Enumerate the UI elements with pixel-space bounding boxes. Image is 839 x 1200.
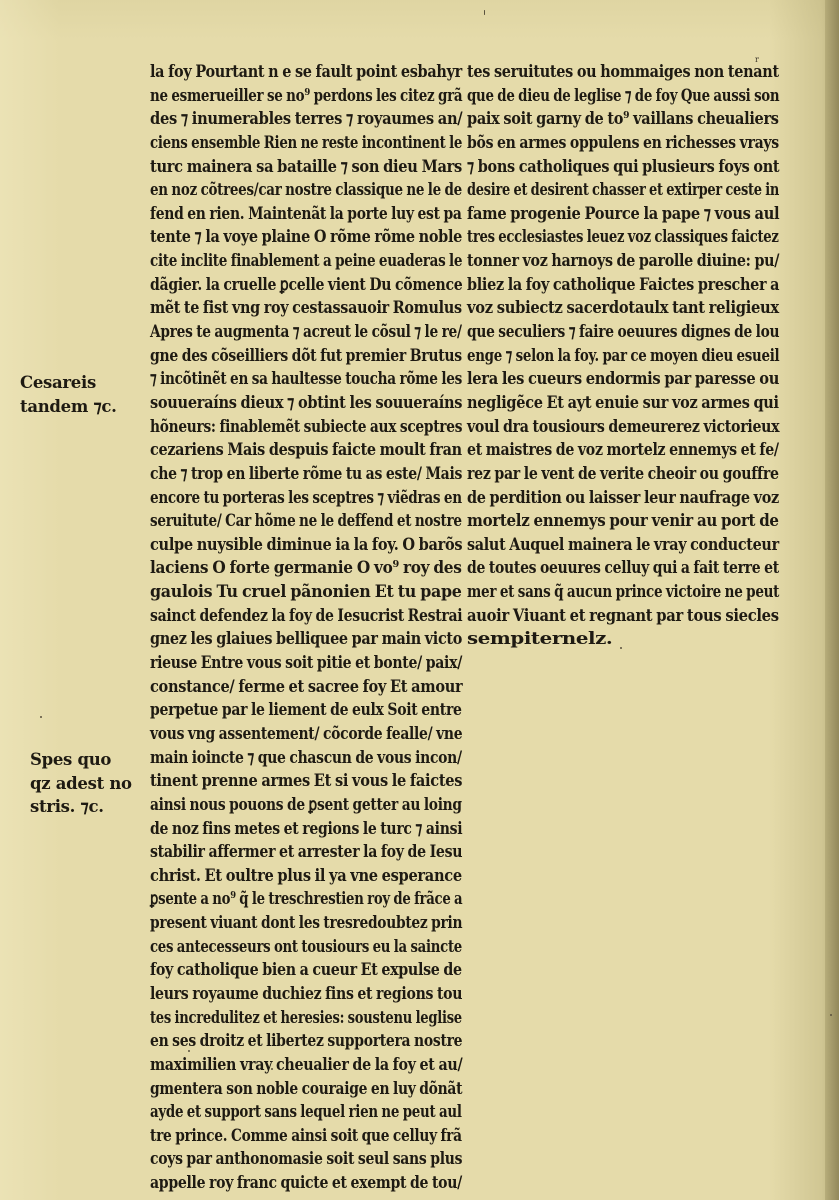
text-line: sainct defendez la foy de Iesucrist Rest…: [150, 605, 404, 629]
text-line: appelle roy franc quicte et exempt de to…: [150, 1172, 405, 1196]
text-line: gaulois Tu cruel pãnonien Et tu pape: [150, 581, 438, 605]
text-line: que seculiers ⁊ faire oeuures dignes de …: [467, 321, 717, 345]
text-line: gne des cõseilliers dõt fut premier Brut…: [150, 345, 404, 369]
text-line: maximilien vray cheualier de la foy et a…: [150, 1054, 409, 1078]
text-line: ꝑsente a no⁹ q̃ le treschrestien roy de …: [150, 888, 390, 912]
text-line: stabilir affermer et arrester la foy de …: [150, 841, 406, 865]
text-line: de noz fins metes et regions le turc ⁊ a…: [150, 818, 404, 842]
text-line: Apres te augmenta ⁊ acreut le cõsul ⁊ le…: [150, 321, 399, 345]
text-line: auoir Viuant et regnant par tous siecles: [467, 605, 734, 629]
paper-speck: [620, 647, 622, 649]
text-line: dãgier. la cruelle ꝑcelle vient Du cõmen…: [150, 274, 405, 298]
text-line: leurs royaume duchiez fins et regions to…: [150, 983, 405, 1007]
marginal-note-line: qz adest no: [30, 772, 132, 796]
text-line: tres ecclesiastes leuez voz classiques f…: [467, 226, 706, 250]
text-line: foy catholique bien a cueur Et expulse d…: [150, 959, 408, 983]
text-line: ⁊ incõtinẽt en sa haultesse toucha rõme …: [150, 368, 397, 392]
marginal-note-line: Spes quo: [30, 748, 132, 772]
right-text-column: tes seruitutes ou hommaiges non tenant q…: [467, 61, 779, 652]
text-line: cezariens Mais despuis faicte moult fran: [150, 439, 411, 463]
text-line: paix soit garny de to⁹ vaillans cheualie…: [467, 108, 730, 132]
text-line: turc mainera sa bataille ⁊ son dieu Mars: [150, 156, 415, 180]
text-line: perpetue par le liement de eulx Soit ent…: [150, 699, 404, 723]
text-line: culpe nuysible diminue ia la foy. O barõ…: [150, 534, 414, 558]
manuscript-page: r Cesareis tandem ⁊c. Spes quo qz adest …: [0, 0, 839, 1200]
text-line: seruitute/ Car hõme ne le deffend et nos…: [150, 510, 396, 534]
text-line: ⁊ bons catholiques qui plusieurs foys on…: [467, 156, 729, 180]
text-line: de toutes oeuures celluy qui a fait terr…: [467, 557, 721, 581]
text-line: enge ⁊ selon la foy. par ce moyen dieu e…: [467, 345, 710, 369]
marginal-note-line: stris. ⁊c.: [30, 795, 132, 819]
text-line: gmentera son noble couraige en luy dõnãt: [150, 1078, 402, 1102]
marginal-note-spes: Spes quo qz adest no stris. ⁊c.: [30, 748, 132, 819]
text-line: tonner voz harnoys de parolle diuine: pu…: [467, 250, 726, 274]
text-line: encore tu porteras les sceptres ⁊ viẽdra…: [150, 487, 396, 511]
paper-speck: [271, 1068, 273, 1070]
left-text-column: la foy Pourtant n e se fault point esbah…: [150, 61, 462, 1196]
marginal-note-line: Cesareis: [20, 371, 117, 395]
text-line: de perdition ou laisser leur naufrage vo…: [467, 487, 729, 511]
text-line: ayde et support sans lequel rien ne peut…: [150, 1101, 393, 1125]
text-line: negligẽce Et ayt enuie sur voz armes qui: [467, 392, 730, 416]
text-line: main ioincte ⁊ que chascun de vous incon…: [150, 747, 403, 771]
text-line: bõs en armes oppulens en richesses vrays: [467, 132, 722, 156]
text-line: mer et sans q̃ aucun prince victoire ne …: [467, 581, 712, 605]
text-line: voul dra tousiours demeurerez victorieux: [467, 416, 724, 440]
text-line: ne esmerueiller se no⁹ perdons les citez…: [150, 85, 394, 109]
text-line: coys par anthonomasie soit seul sans plu…: [150, 1148, 404, 1172]
marginal-note-cesareis: Cesareis tandem ⁊c.: [20, 371, 117, 418]
paper-speck: [188, 1050, 190, 1052]
text-line: salut Auquel mainera le vray conducteur: [467, 534, 727, 558]
text-line: ciens ensemble Rien ne reste incontinent…: [150, 132, 392, 156]
text-line: voz subiectz sacerdotaulx tant religieux: [467, 297, 734, 321]
text-line: fame progenie Pource la pape ⁊ vous aul: [467, 203, 732, 227]
text-line: present viuant dont les tresredoubtez pr…: [150, 912, 400, 936]
text-line: tinent prenne armes Et si vous le faicte…: [150, 770, 415, 794]
page-edge-shadow: [825, 0, 839, 1200]
text-line: mortelz ennemys pour venir au port de: [467, 510, 740, 534]
text-line: tes incredulitez et heresies: soustenu l…: [150, 1007, 388, 1031]
text-line: et maistres de voz mortelz ennemys et fe…: [467, 439, 724, 463]
paper-speck: [40, 716, 42, 718]
text-line: rez par le vent de verite cheoir ou gouf…: [467, 463, 723, 487]
text-line: hõneurs: finablemẽt subiecte aux sceptre…: [150, 416, 400, 440]
text-line: laciens O forte germanie O vo⁹ roy des: [150, 557, 428, 581]
text-line: constance/ ferme et sacree foy Et amour: [150, 676, 414, 700]
text-line: mẽt te fist vng roy cestassauoir Romulus: [150, 297, 410, 321]
paper-speck: [484, 10, 485, 15]
text-line: la foy Pourtant n e se fault point esbah…: [150, 61, 412, 85]
marginal-note-line: tandem ⁊c.: [20, 395, 117, 419]
text-line: che ⁊ trop en liberte rõme tu as este/ M…: [150, 463, 404, 487]
paper-speck: [830, 1014, 832, 1016]
text-line: tes seruitutes ou hommaiges non tenant: [467, 61, 729, 85]
text-line: sempiternelz.: [467, 628, 826, 652]
text-line: cite inclite finablement a peine euadera…: [150, 250, 395, 274]
text-line: tente ⁊ la voye plaine O rõme rõme noble: [150, 226, 412, 250]
text-line: souueraíns dieux ⁊ obtint les souueraíns: [150, 392, 414, 416]
text-line: tre prince. Comme ainsi soit que celluy …: [150, 1125, 400, 1149]
text-line: des ⁊ inumerables terres ⁊ royaumes an/: [150, 108, 416, 132]
text-line: christ. Et oultre plus il ya vne esperan…: [150, 865, 415, 889]
text-line: lera les cueurs endormis par paresse ou: [467, 368, 733, 392]
text-line: desire et desirent chasser et extirper c…: [467, 179, 702, 203]
text-line: bliez la foy catholique Faictes prescher…: [467, 274, 728, 298]
text-line: rieuse Entre vous soit pitie et bonte/ p…: [150, 652, 405, 676]
text-line: gnez les glaiues belliquee par main vict…: [150, 628, 411, 652]
text-line: en noz cõtrees/car nostre classique ne l…: [150, 179, 394, 203]
text-line: fend en rien. Maintenãt la porte luy est…: [150, 203, 402, 227]
text-line: vous vng assentement/ cõcorde fealle/ vn…: [150, 723, 402, 747]
text-line: ainsi nous pouons de ꝑsent getter au loi…: [150, 794, 400, 818]
text-line: que de dieu de leglise ⁊ de foy Que auss…: [467, 85, 709, 109]
text-line: ces antecesseurs ont tousiours eu la sai…: [150, 936, 391, 960]
